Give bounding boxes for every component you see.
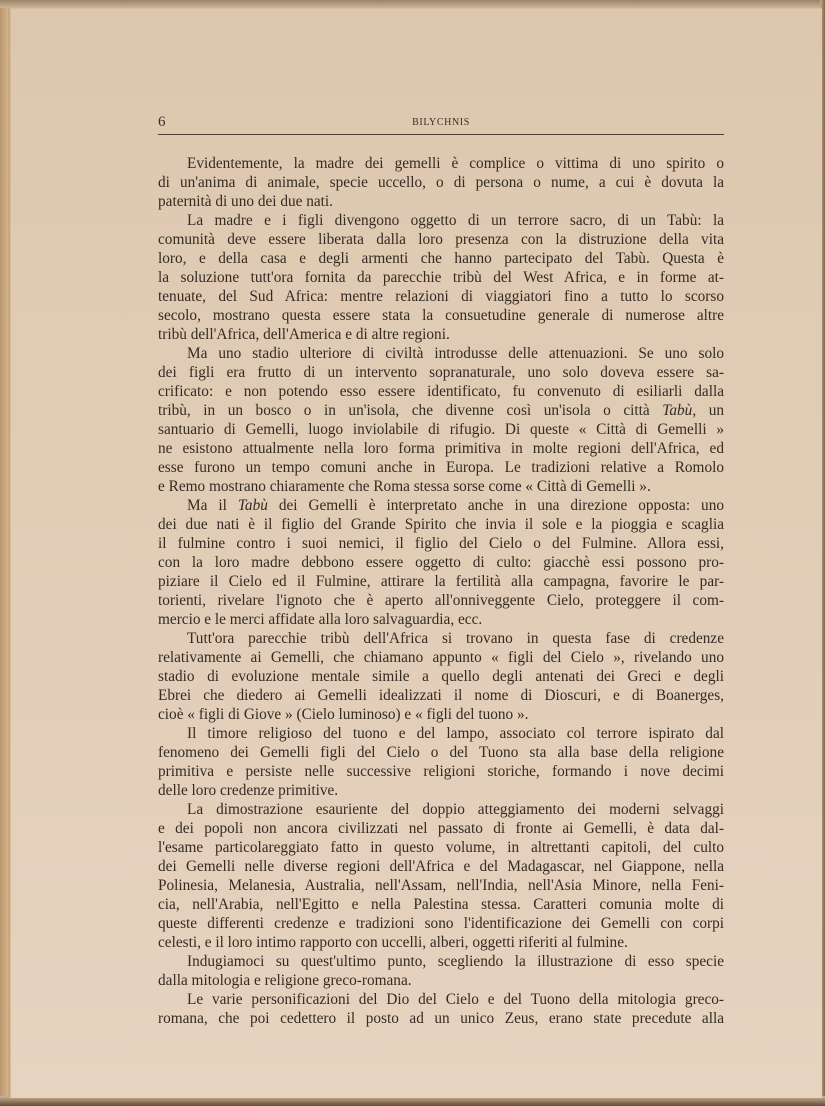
text-line: torienti, rivelare l'ignoto che è aperto… [158, 591, 724, 610]
text-line: dei Gemelli nelle diverse regioni dell'A… [158, 857, 724, 876]
text-line: piziare il Cielo ed il Fulmine, attirare… [158, 572, 724, 591]
text-line: con la loro madre debbono essere oggetto… [158, 553, 724, 572]
italic-term: Tabù [662, 402, 692, 419]
text-line: mercio e le merci affidate alla loro sal… [158, 610, 724, 629]
running-head: 6 BILYCHNIS [158, 114, 724, 132]
text-line: Le varie personificazioni del Dio del Ci… [158, 990, 724, 1009]
text-segment: Ma il [187, 497, 238, 514]
scanned-page: 6 BILYCHNIS Evidentemente, la madre dei … [0, 0, 825, 1106]
text-line: Il timore religioso del tuono e del lamp… [158, 724, 724, 743]
article-body: Evidentemente, la madre dei gemelli è co… [158, 154, 724, 1028]
text-line: romana, che poi cedettero il posto ad un… [158, 1009, 724, 1028]
text-line: Indugiamoci su quest'ultimo punto, scegl… [158, 952, 724, 971]
text-line: La madre e i figli divengono oggetto di … [158, 211, 724, 230]
paragraph: Ma uno stadio ulteriore di civiltà intro… [158, 344, 724, 496]
text-line: queste differenti credenze e tradizioni … [158, 914, 724, 933]
paragraph: Indugiamoci su quest'ultimo punto, scegl… [158, 952, 724, 990]
paragraph: Tutt'ora parecchie tribù dell'Africa si … [158, 629, 724, 724]
text-line: La dimostrazione esauriente del doppio a… [158, 800, 724, 819]
text-line: il fulmine contro i suoi nemici, il figl… [158, 534, 724, 553]
text-line: esse furono un tempo comuni anche in Eur… [158, 458, 724, 477]
paragraph: La dimostrazione esauriente del doppio a… [158, 800, 724, 952]
text-segment: tribù, in un bosco o in un'isola, che di… [158, 402, 662, 419]
text-line: ne esistono attualmente nella loro forma… [158, 439, 724, 458]
text-line: tribù dell'Africa, dell'America e di alt… [158, 325, 724, 344]
text-line: Tutt'ora parecchie tribù dell'Africa si … [158, 629, 724, 648]
text-line: Ma uno stadio ulteriore di civiltà intro… [158, 344, 724, 363]
text-line: tribù, in un bosco o in un'isola, che di… [158, 401, 724, 420]
text-line: l'esame particolareggiato fatto in quest… [158, 838, 724, 857]
text-line: fenomeno dei Gemelli figli del Cielo o d… [158, 743, 724, 762]
text-line: crificato: e non potendo esso essere ide… [158, 382, 724, 401]
text-line: primitiva e persiste nelle successive re… [158, 762, 724, 781]
text-line: la soluzione tutt'ora fornita da parecch… [158, 268, 724, 287]
text-line: tenuate, del Sud Africa: mentre relazion… [158, 287, 724, 306]
text-line: dalla mitologia e religione greco-romana… [158, 971, 724, 990]
text-line: secolo, mostrano questa essere stata la … [158, 306, 724, 325]
page-edge-top [0, 0, 825, 8]
header-rule [158, 134, 724, 135]
text-line: di un'anima di animale, specie uccello, … [158, 173, 724, 192]
text-line: relativamente ai Gemelli, che chiamano a… [158, 648, 724, 667]
text-line: e Remo mostrano chiaramente che Roma ste… [158, 477, 724, 496]
paragraph: Il timore religioso del tuono e del lamp… [158, 724, 724, 800]
italic-term: Tabù [238, 497, 268, 514]
text-line: cia, nell'Arabia, nell'Egitto e nella Pa… [158, 895, 724, 914]
paragraph: Le varie personificazioni del Dio del Ci… [158, 990, 724, 1028]
text-line: paternità di uno dei due nati. [158, 192, 724, 211]
text-line: stadio di evoluzione mentale simile a qu… [158, 667, 724, 686]
text-line: santuario di Gemelli, luogo inviolabile … [158, 420, 724, 439]
text-line: cioè « figli di Giove » (Cielo luminoso)… [158, 705, 724, 724]
text-line: loro, e della casa e degli armenti che h… [158, 249, 724, 268]
text-line: delle loro credenze primitive. [158, 781, 724, 800]
text-segment: dei Gemelli è interpretato anche in una … [268, 497, 724, 514]
page-edge-left [0, 0, 8, 1106]
journal-title: BILYCHNIS [158, 117, 724, 128]
paragraph: Evidentemente, la madre dei gemelli è co… [158, 154, 724, 211]
text-line: Evidentemente, la madre dei gemelli è co… [158, 154, 724, 173]
text-line: Polinesia, Melanesia, Australia, nell'As… [158, 876, 724, 895]
text-line: comunità deve essere liberata dalla loro… [158, 230, 724, 249]
paragraph: La madre e i figli divengono oggetto di … [158, 211, 724, 344]
text-line: Ebrei che diedero ai Gemelli idealizzati… [158, 686, 724, 705]
text-line: celesti, e il loro intimo rapporto con u… [158, 933, 724, 952]
text-line: dei due nati è il figlio del Grande Spir… [158, 515, 724, 534]
paragraph: Ma il Tabù dei Gemelli è interpretato an… [158, 496, 724, 629]
text-line: Ma il Tabù dei Gemelli è interpretato an… [158, 496, 724, 515]
text-segment: , un [692, 402, 724, 419]
text-line: dei figli era frutto di un intervento so… [158, 363, 724, 382]
text-line: e dei popoli non ancora civilizzati nel … [158, 819, 724, 838]
